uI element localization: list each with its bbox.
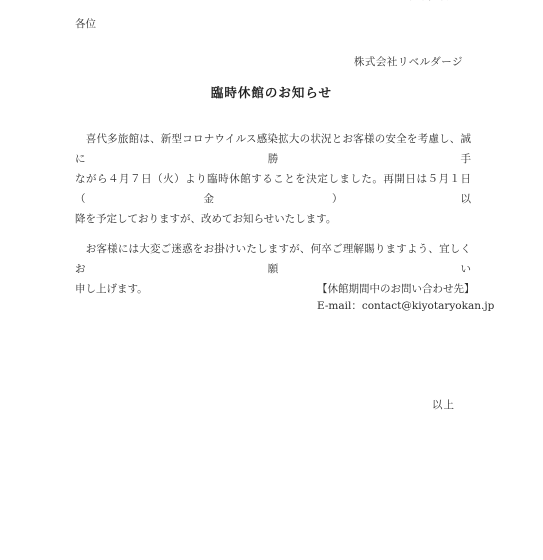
recipient-line: 各位	[75, 17, 96, 32]
document-title: 臨時休館のお知らせ	[0, 83, 543, 101]
body-line: お客様には大変ご迷惑をお掛けいたしますが、何卒ご理解賜りますよう、宜しくお願い	[75, 239, 471, 279]
body-paragraph-1: 喜代多旅館は、新型コロナウイルス感染拡大の状況とお客様の安全を考慮し、誠に勝手 …	[75, 129, 471, 229]
company-name: 株式会社リベルダージ	[354, 55, 463, 70]
contact-heading: 【休館期間中のお問い合わせ先】	[317, 281, 494, 298]
body-line: ながら４月７日（火）より臨時休館することを決定しました。再開日は５月１日（金）以	[75, 169, 471, 209]
notice-document-page: 2020年4月6日 各位 株式会社リベルダージ 臨時休館のお知らせ 喜代多旅館は…	[0, 0, 543, 560]
body-line: 降を予定しておりますが、改めてお知らせいたします。	[75, 209, 471, 229]
body-text-block: 喜代多旅館は、新型コロナウイルス感染拡大の状況とお客様の安全を考慮し、誠に勝手 …	[75, 129, 471, 299]
closing-word: 以上	[432, 397, 455, 412]
contact-email: E-mail：contact@kiyotaryokan.jp	[317, 298, 494, 315]
body-line: 喜代多旅館は、新型コロナウイルス感染拡大の状況とお客様の安全を考慮し、誠に勝手	[75, 129, 471, 169]
contact-block: 【休館期間中のお問い合わせ先】 E-mail：contact@kiyotaryo…	[317, 281, 494, 315]
clipped-date-line: 2020年4月6日	[330, 0, 450, 3]
clipped-date-text: 2020年4月6日	[330, 0, 450, 3]
